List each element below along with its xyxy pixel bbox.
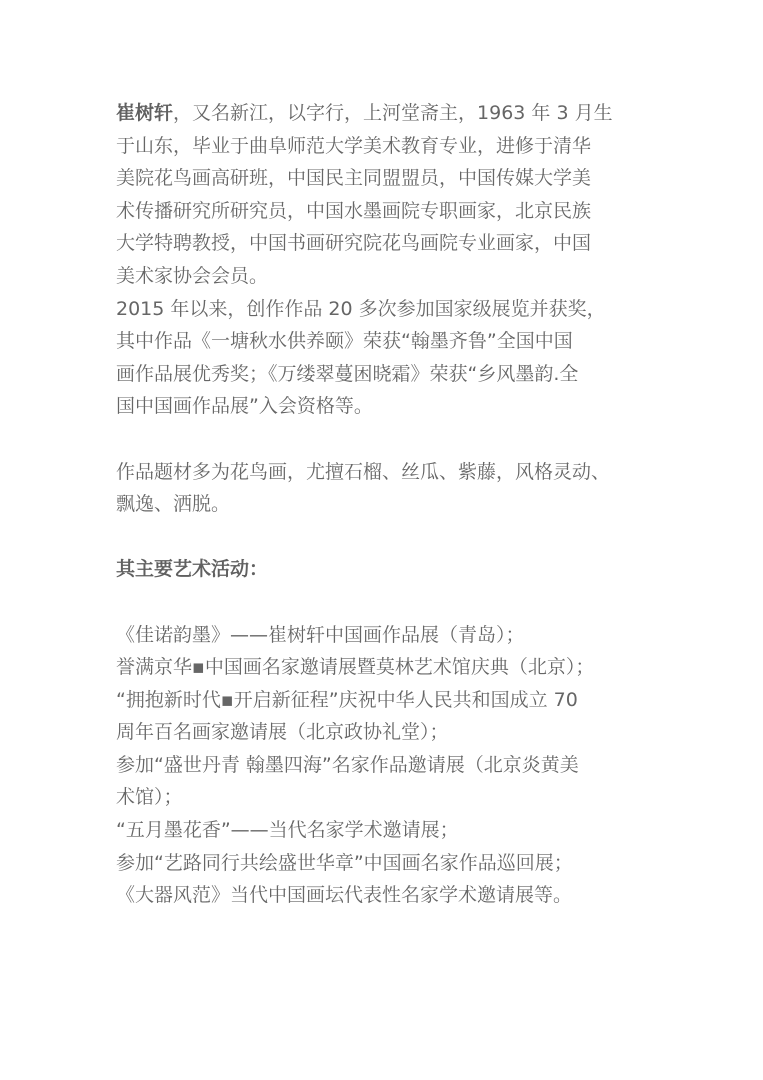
style-line: 作品题材多为花鸟画，尤擅石榴、丝瓜、紫藤，风格灵动、	[116, 456, 676, 489]
paragraph-gap	[116, 423, 676, 456]
activities-list: 《佳诺韵墨》——崔树轩中国画作品展（青岛）； 誉满京华▪中国画名家邀请展暨莫林艺…	[116, 619, 676, 912]
style-line: 飘逸、洒脱。	[116, 488, 676, 521]
activity-line: 参加“盛世丹青 翰墨四海”名家作品邀请展（北京炎黄美	[116, 749, 676, 782]
awards-line: 2015 年以来，创作作品 20 多次参加国家级展览并获奖，	[116, 293, 676, 326]
activity-line: 《佳诺韵墨》——崔树轩中国画作品展（青岛）；	[116, 619, 676, 652]
artist-name: 崔树轩	[116, 102, 173, 124]
activity-line: “五月墨花香”——当代名家学术邀请展；	[116, 814, 676, 847]
bio-line: 崔树轩，又名新江，以字行，上河堂斋主，1963 年 3 月生	[116, 97, 676, 130]
bio-line: 美术家协会会员。	[116, 260, 676, 293]
bio-line: 于山东，毕业于曲阜师范大学美术教育专业，进修于清华	[116, 130, 676, 163]
bio-line: 大学特聘教授，中国书画研究院花鸟画院专业画家，中国	[116, 227, 676, 260]
bio-line: 美院花鸟画高研班，中国民主同盟盟员，中国传媒大学美	[116, 162, 676, 195]
awards-paragraph: 2015 年以来，创作作品 20 多次参加国家级展览并获奖， 其中作品《一塘秋水…	[116, 293, 676, 423]
activity-line: 周年百名画家邀请展（北京政协礼堂）；	[116, 716, 676, 749]
awards-line: 其中作品《一塘秋水供养颐》荣获“翰墨齐鲁”全国中国	[116, 325, 676, 358]
activity-line: “拥抱新时代▪开启新征程”庆祝中华人民共和国成立 70	[116, 684, 676, 717]
document-body: 崔树轩，又名新江，以字行，上河堂斋主，1963 年 3 月生 于山东，毕业于曲阜…	[116, 97, 676, 912]
paragraph-gap	[116, 586, 676, 619]
activity-line: 《大器风范》当代中国画坛代表性名家学术邀请展等。	[116, 879, 676, 912]
activity-line: 参加“艺路同行共绘盛世华章”中国画名家作品巡回展；	[116, 847, 676, 880]
awards-line: 画作品展优秀奖；《万缕翠蔓困晓霜》荣获“乡风墨韵.全	[116, 358, 676, 391]
activities-heading: 其主要艺术活动：	[116, 553, 676, 586]
awards-line: 国中国画作品展”入会资格等。	[116, 390, 676, 423]
style-paragraph: 作品题材多为花鸟画，尤擅石榴、丝瓜、紫藤，风格灵动、 飘逸、洒脱。	[116, 456, 676, 521]
activity-line: 誉满京华▪中国画名家邀请展暨莫林艺术馆庆典（北京）；	[116, 651, 676, 684]
bio-paragraph: 崔树轩，又名新江，以字行，上河堂斋主，1963 年 3 月生 于山东，毕业于曲阜…	[116, 97, 676, 293]
bio-line: 术传播研究所研究员，中国水墨画院专职画家，北京民族	[116, 195, 676, 228]
paragraph-gap	[116, 521, 676, 554]
activity-line: 术馆）；	[116, 781, 676, 814]
